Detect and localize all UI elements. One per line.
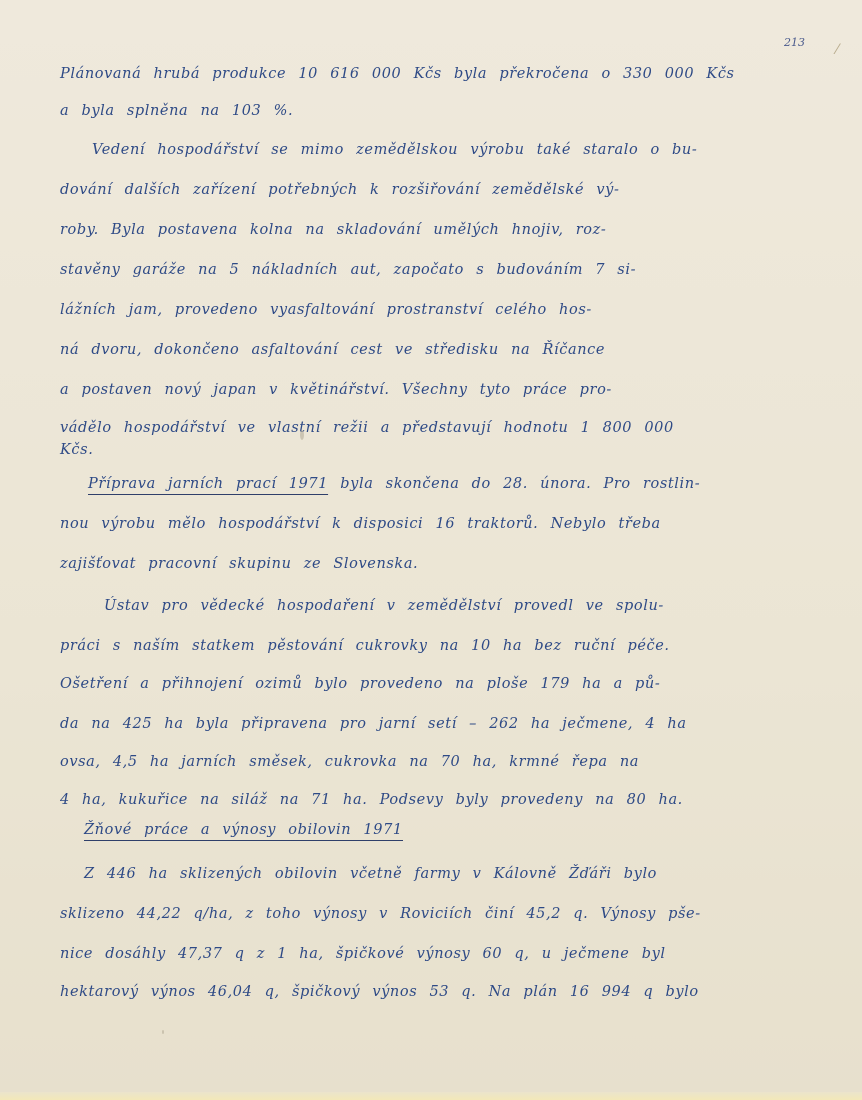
text-line: vádělo hospodářství ve vlastní režii a p…: [60, 420, 674, 436]
page-number: 213: [784, 36, 805, 49]
text-line: ovsa, 4,5 ha jarních směsek, cukrovka na…: [60, 754, 639, 770]
text-line: roby. Byla postavena kolna na skladování…: [60, 222, 606, 238]
pencil-mark: ⁄: [836, 42, 838, 58]
handwritten-page: 213 ⁄ Plánovaná hrubá produkce 10 616 00…: [0, 0, 862, 1100]
text-line: sklizeno 44,22 q/ha, z toho výnosy v Rov…: [60, 906, 701, 922]
section-paragraph-first-line: Příprava jarních prací 1971 byla skončen…: [88, 476, 700, 492]
paper-speck: [162, 1030, 164, 1034]
text-line: zajišťovat pracovní skupinu ze Slovenska…: [60, 556, 418, 572]
text-line: Ošetření a přihnojení ozimů bylo provede…: [60, 676, 660, 692]
paper-stain: [300, 430, 304, 440]
text-line: Ústav pro vědecké hospodaření v zeměděls…: [104, 598, 664, 614]
text-line: a postaven nový japan v květinářství. Vš…: [60, 382, 612, 398]
section-heading-priprava: Příprava jarních prací 1971: [88, 476, 328, 492]
section-heading-znove-prace: Žňové práce a výnosy obilovin 1971: [84, 822, 403, 841]
text-line: Vedení hospodářství se mimo zemědělskou …: [92, 142, 697, 158]
text-line: nou výrobu mělo hospodářství k disposici…: [60, 516, 661, 532]
text-line: stavěny garáže na 5 nákladních aut, zapo…: [60, 262, 636, 278]
text-line: dování dalších zařízení potřebných k roz…: [60, 182, 619, 198]
text-line: práci s naším statkem pěstování cukrovky…: [60, 638, 670, 654]
text-line: 4 ha, kukuřice na siláž na 71 ha. Podsev…: [60, 792, 683, 808]
text-line: nice dosáhly 47,37 q z 1 ha, špičkové vý…: [60, 946, 666, 962]
text-line: a byla splněna na 103 %.: [60, 103, 293, 119]
page-bottom-edge: [0, 1092, 862, 1100]
text-line: Kčs.: [60, 442, 93, 458]
text-segment: byla skončena do 28. února. Pro rostlin-: [328, 476, 700, 492]
text-line: lážních jam, provedeno vyasfaltování pro…: [60, 302, 592, 318]
text-line: ná dvoru, dokončeno asfaltování cest ve …: [60, 342, 605, 358]
text-line: Plánovaná hrubá produkce 10 616 000 Kčs …: [60, 66, 735, 82]
text-line: hektarový výnos 46,04 q, špičkový výnos …: [60, 984, 699, 1000]
text-line: da na 425 ha byla připravena pro jarní s…: [60, 716, 687, 732]
text-line: Z 446 ha sklizených obilovin včetně farm…: [84, 866, 657, 882]
